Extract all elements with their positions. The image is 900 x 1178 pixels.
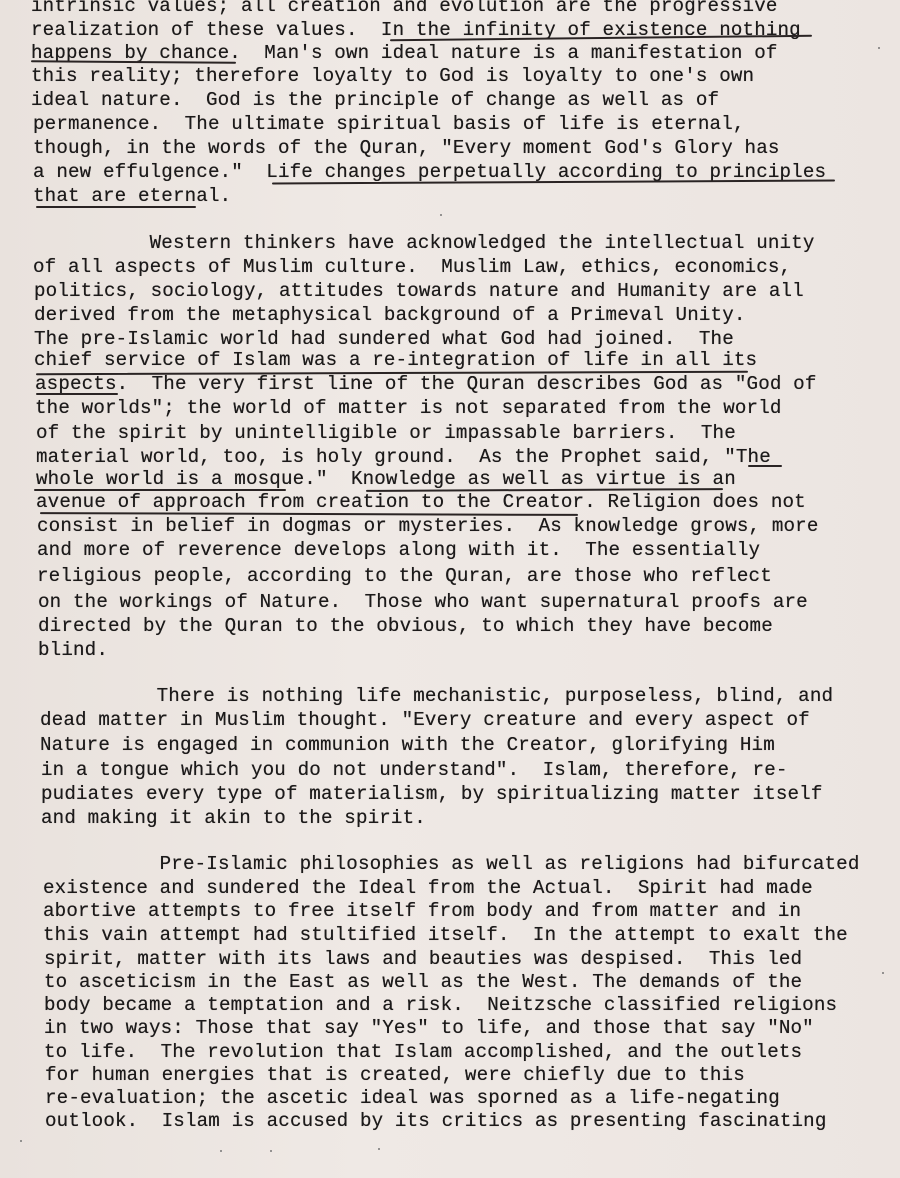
- underline-mark: [36, 393, 118, 395]
- paper-speck: [270, 1150, 272, 1152]
- text-line: this vain attempt had stultified itself.…: [43, 923, 848, 947]
- paper-speck: [878, 47, 880, 49]
- text-line: dead matter in Muslim thought. "Every cr…: [40, 708, 810, 732]
- text-line: in a tongue which you do not understand"…: [41, 758, 788, 782]
- text-line: whole world is a mosque." Knowledge as w…: [36, 467, 736, 491]
- paper-speck: [440, 214, 442, 216]
- text-line: aspects. The very first line of the Qura…: [35, 372, 817, 396]
- text-line: outlook. Islam is accused by its critics…: [45, 1109, 827, 1133]
- text-line: consist in belief in dogmas or mysteries…: [37, 514, 819, 538]
- text-line: There is nothing life mechanistic, purpo…: [40, 684, 833, 708]
- text-line: the worlds"; the world of matter is not …: [35, 396, 782, 420]
- text-line: spirit, matter with its laws and beautie…: [44, 947, 802, 971]
- underline-mark: [34, 489, 286, 491]
- text-line: though, in the words of the Quran, "Ever…: [33, 136, 780, 160]
- text-line: and more of reverence develops along wit…: [37, 538, 760, 562]
- text-line: in two ways: Those that say "Yes" to lif…: [44, 1016, 814, 1040]
- text-line: to asceticism in the East as well as the…: [44, 970, 802, 994]
- text-line: avenue of approach from creation to the …: [36, 490, 806, 514]
- text-line: Western thinkers have acknowledged the i…: [33, 231, 815, 255]
- paper-speck: [378, 1148, 380, 1150]
- text-line: politics, sociology, attitudes towards n…: [34, 279, 804, 303]
- text-line: existence and sundered the Ideal from th…: [43, 876, 813, 900]
- text-line: on the workings of Nature. Those who wan…: [38, 590, 808, 614]
- text-line: religious people, according to the Quran…: [37, 564, 772, 588]
- text-line: ideal nature. God is the principle of ch…: [31, 88, 719, 112]
- paper-speck: [220, 1150, 222, 1152]
- text-line: derived from the metaphysical background…: [34, 303, 746, 327]
- text-line: for human energies that is created, were…: [45, 1063, 745, 1087]
- text-line: permanence. The ultimate spiritual basis…: [33, 112, 745, 136]
- text-line: abortive attempts to free itself from bo…: [43, 899, 801, 923]
- text-line: Nature is engaged in communion with the …: [40, 733, 775, 757]
- text-line: body became a temptation and a risk. Nei…: [44, 993, 837, 1017]
- text-line: directed by the Quran to the obvious, to…: [38, 614, 773, 638]
- text-line: material world, too, is holy ground. As …: [36, 445, 771, 469]
- text-line: this reality; therefore loyalty to God i…: [31, 64, 754, 88]
- text-line: that are eternal.: [33, 184, 231, 208]
- text-line: to life. The revolution that Islam accom…: [44, 1040, 802, 1064]
- paper-speck: [20, 1140, 22, 1142]
- text-line: re-evaluation; the ascetic ideal was spo…: [45, 1086, 780, 1110]
- text-line: of all aspects of Muslim culture. Muslim…: [33, 255, 791, 279]
- underline-mark: [36, 206, 196, 208]
- text-line: of the spirit by unintelligible or impas…: [36, 421, 736, 445]
- text-line: blind.: [38, 638, 108, 662]
- text-line: chief service of Islam was a re-integrat…: [34, 348, 757, 372]
- text-line: Pre-Islamic philosophies as well as reli…: [43, 852, 860, 876]
- typewritten-page: intrinsic values; all creation and evolu…: [0, 0, 900, 1178]
- paper-speck: [882, 972, 884, 974]
- text-line: intrinsic values; all creation and evolu…: [31, 0, 778, 18]
- text-line: pudiates every type of materialism, by s…: [41, 782, 823, 806]
- underline-mark: [748, 465, 782, 467]
- text-line: and making it akin to the spirit.: [41, 806, 426, 830]
